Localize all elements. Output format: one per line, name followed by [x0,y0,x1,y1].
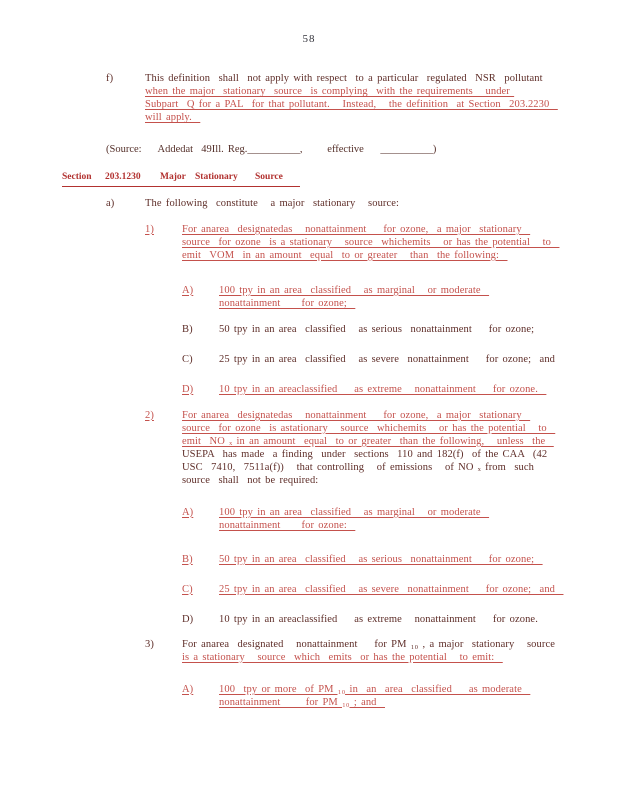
paragraph-1A: A) 100 tpy in an area classified as marg… [182,284,618,310]
text-line: 50 tpy in an area classified as serious … [219,323,534,336]
list-label-1A: A) [182,284,219,297]
text-line: nonattainment for ozone: [219,519,489,532]
paragraph-2B: B) 50 tpy in an area classified as serio… [182,553,618,566]
text-line: For anarea designatedas nonattainment fo… [182,409,555,422]
paragraph-3: 3) For anarea designated nonattainment f… [145,638,618,664]
paragraph-f-text: This definition shall not apply with res… [145,72,558,124]
list-label-2C: C) [182,583,219,596]
text-line: 25 tpy in an area classified as severe n… [219,353,555,366]
text-line: 10 tpy in an areaclassified as extreme n… [219,613,538,626]
section-heading: Section 203.1230 Major Stationary Source [62,172,300,187]
text-line: 25 tpy in an area classified as severe n… [219,583,563,596]
text-line: will apply. [145,111,558,124]
paragraph-f: f) This definition shall not apply with … [106,72,618,124]
paragraph-1B: B) 50 tpy in an area classified as serio… [182,323,618,336]
list-label-2D: D) [182,613,219,626]
list-label-2B: B) [182,553,219,566]
heading-word: Major [160,172,195,183]
text-line: 100 tpy in an area classified as margina… [219,506,489,519]
paragraph-1: 1) For anarea designatedas nonattainment… [145,223,618,262]
text-line: 100 tpy or more of PM ₁₀ in an area clas… [219,683,530,696]
text-line: For anarea designated nonattainment for … [182,638,555,651]
list-label-f: f) [106,72,145,85]
text-line: 100 tpy in an area classified as margina… [219,284,489,297]
text-line: emit VOM in an amount equal to or greate… [182,249,559,262]
list-label-3A: A) [182,683,219,696]
paragraph-a: a) The following constitute a major stat… [106,197,618,210]
paragraph-2A: A) 100 tpy in an area classified as marg… [182,506,618,532]
text-line: when the major stationary source is comp… [145,85,558,98]
list-label-1C: C) [182,353,219,366]
text-line: 50 tpy in an area classified as serious … [219,553,543,566]
list-label-2A: A) [182,506,219,519]
text-line: source shall not be required: [182,474,555,487]
source-line: (Source: Addedat 49Ill. Reg.__________, … [106,143,618,156]
heading-word: Stationary [195,172,255,183]
list-label-1D: D) [182,383,219,396]
text-line: The following constitute a major station… [145,197,399,210]
text-line: is a stationary source which emits or ha… [182,651,555,664]
text-line: nonattainment for ozone; [219,297,489,310]
text-line: source for ozone is astationary source w… [182,422,555,435]
text-line: emit NO ₓ in an amount equal to or great… [182,435,555,448]
list-label-a: a) [106,197,145,210]
paragraph-1D: D) 10 tpy in an areaclassified as extrem… [182,383,618,396]
list-label-2: 2) [145,409,182,422]
text-line: This definition shall not apply with res… [145,72,558,85]
paragraph-2D: D) 10 tpy in an areaclassified as extrem… [182,613,618,626]
heading-section-number: 203.1230 [105,172,160,183]
text-line: For anarea designatedas nonattainment fo… [182,223,559,236]
text-line: 10 tpy in an areaclassified as extreme n… [219,383,546,396]
paragraph-2: 2) For anarea designatedas nonattainment… [145,409,618,487]
text-line: Subpart Q for a PAL for that pollutant. … [145,98,558,111]
document-page: 58 f) This definition shall not apply wi… [0,0,618,800]
list-label-3: 3) [145,638,182,651]
text-line: nonattainment for PM ₁₀ ; and [219,696,530,709]
heading-word: Source [255,172,283,183]
page-number: 58 [0,33,618,46]
heading-word: Section [62,172,105,183]
list-label-1: 1) [145,223,182,236]
text-line: USEPA has made a finding under sections … [182,448,555,461]
paragraph-2C: C) 25 tpy in an area classified as sever… [182,583,618,596]
text-line: USC 7410, 7511a(f)) that controlling of … [182,461,555,474]
paragraph-3A: A) 100 tpy or more of PM ₁₀ in an area c… [182,683,618,709]
paragraph-1C: C) 25 tpy in an area classified as sever… [182,353,618,366]
list-label-1B: B) [182,323,219,336]
text-line: source for ozone is a stationary source … [182,236,559,249]
